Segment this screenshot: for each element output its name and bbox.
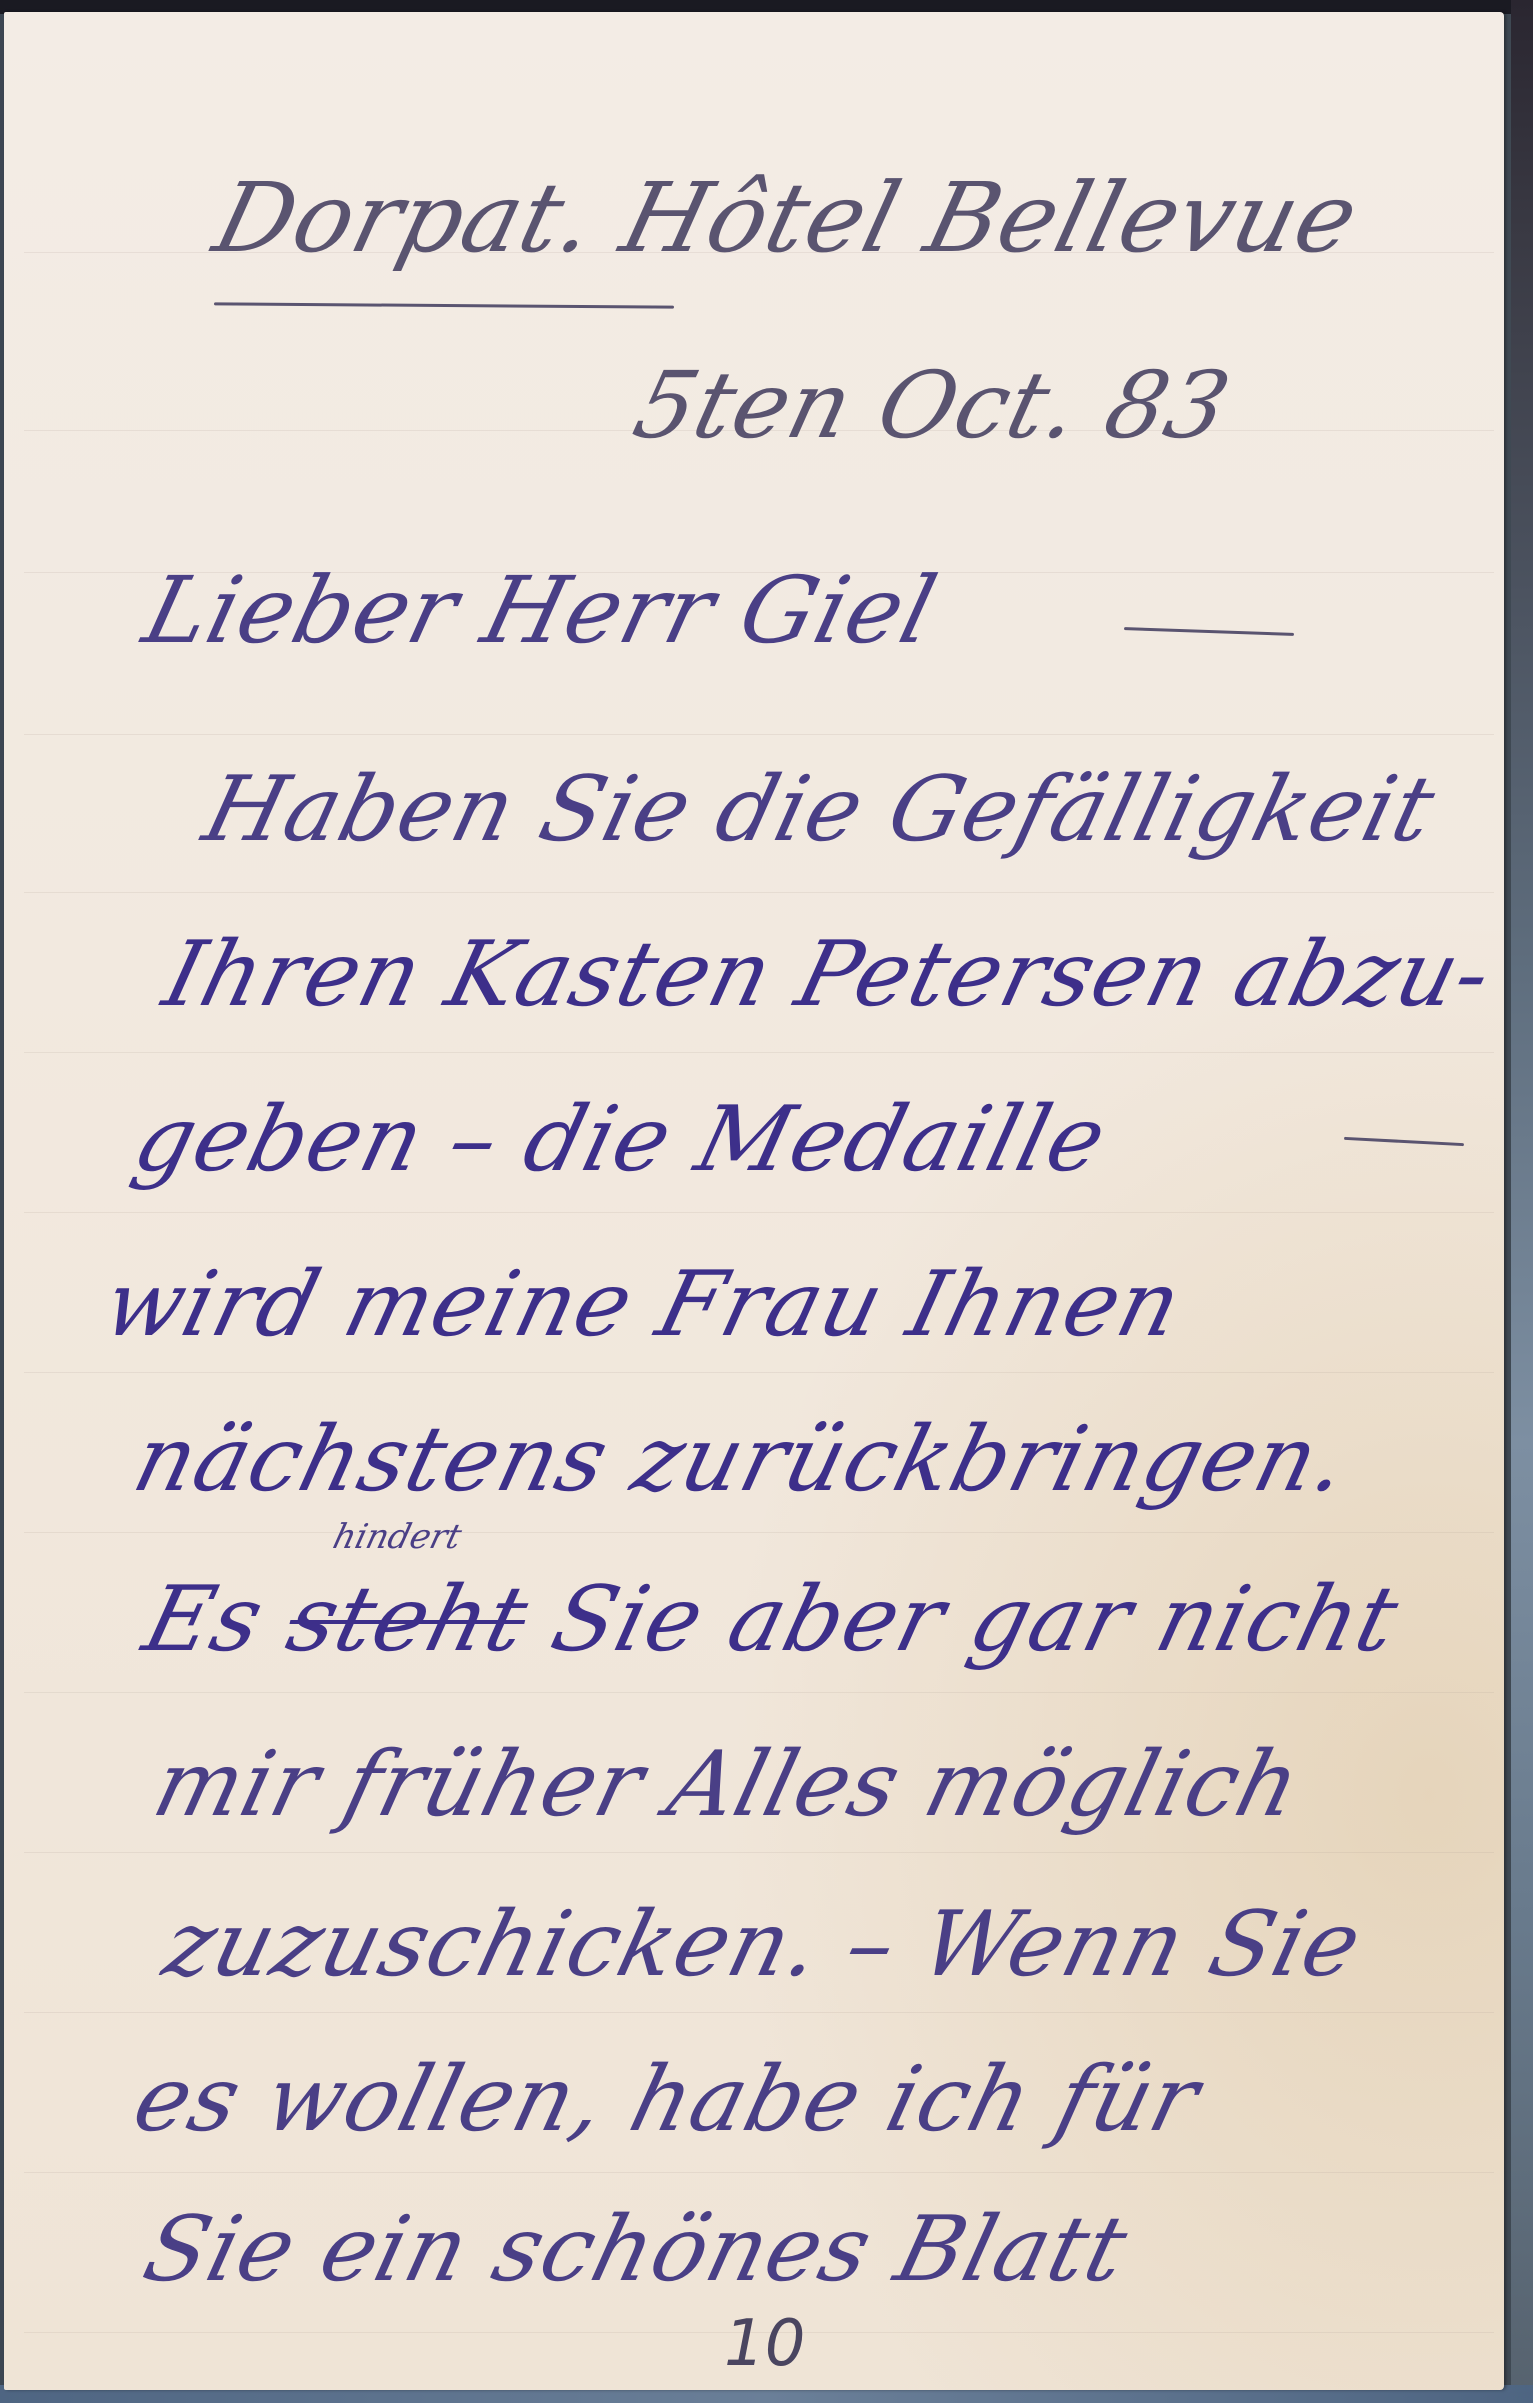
body-line-9: es wollen, habe ich für (124, 2047, 1210, 2152)
ruled-line (24, 1372, 1494, 1373)
ruled-line (24, 2172, 1494, 2173)
body-line-3: geben – die Medaille (124, 1087, 1117, 1192)
ruled-line (24, 2012, 1494, 2013)
body-line-4: wird meine Frau Ihnen (94, 1252, 1192, 1357)
letter-page: Dorpat. Hôtel Bellevue 5ten Oct. 83 Lieb… (4, 12, 1504, 2390)
place-underline (214, 302, 674, 308)
correction-word-above: hindert (329, 1517, 465, 1557)
body-line-6: Es steht Sie aber gar nicht (134, 1567, 1409, 1672)
body-line-5: nächstens zurückbringen. (124, 1407, 1359, 1512)
line-6-prefix: Es (134, 1567, 274, 1672)
ruled-line (24, 734, 1494, 735)
line-3-flourish (1344, 1137, 1464, 1146)
ruled-line (24, 1692, 1494, 1693)
salutation: Lieber Herr Giel (134, 557, 947, 664)
photo-scene: Dorpat. Hôtel Bellevue 5ten Oct. 83 Lieb… (0, 0, 1533, 2403)
ruled-line (24, 1852, 1494, 1853)
body-line-10: Sie ein schönes Blatt (134, 2197, 1138, 2302)
salutation-flourish (1124, 627, 1294, 636)
body-line-8: zuzuschicken. – Wenn Sie (154, 1892, 1372, 1997)
body-line-1: Haben Sie die Gefälligkeit (194, 757, 1445, 862)
page-number: 10 (724, 2307, 805, 2381)
ruled-line (24, 1052, 1494, 1053)
body-line-2: Ihren Kasten Petersen abzu- (154, 922, 1502, 1027)
letter-place-heading: Dorpat. Hôtel Bellevue (204, 162, 1369, 274)
ruled-line (24, 892, 1494, 893)
line-6-rest: Sie aber gar nicht (542, 1567, 1409, 1672)
letter-date: 5ten Oct. 83 (624, 352, 1241, 459)
ruled-line (24, 1532, 1494, 1533)
right-background-edge (1511, 0, 1533, 2403)
body-line-7: mir früher Alles möglich (144, 1732, 1311, 1837)
struck-word: steht (278, 1567, 539, 1672)
ruled-line (24, 1212, 1494, 1213)
